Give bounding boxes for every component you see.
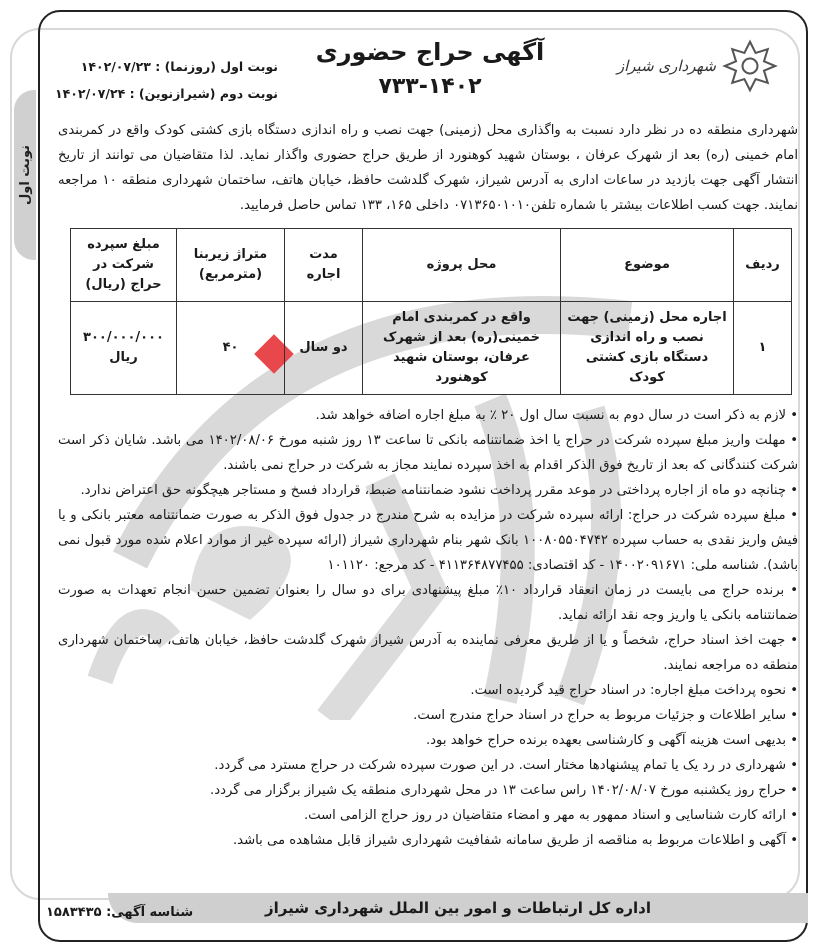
cell-location: واقع در کمربندی امام خمینی(ره) بعد از شه… xyxy=(363,302,561,395)
table-header-row: ردیف موضوع محل پروژه مدت اجاره متراژ زیر… xyxy=(71,229,792,302)
term-item: جهت اخذ اسناد حراج، شخصاً و یا از طریق م… xyxy=(58,628,798,678)
footer-band: اداره کل ارتباطات و امور بین الملل شهردا… xyxy=(108,893,808,923)
publication-dates: نوبت اول (روزنما) : ۱۴۰۲/۰۷/۲۳ نوبت دوم … xyxy=(48,53,278,107)
term-item: بدیهی است هزینه آگهی و کارشناسی بعهده بر… xyxy=(58,728,798,753)
cell-deposit: ۳۰۰/۰۰۰/۰۰۰ ریال xyxy=(71,302,177,395)
term-item: شهرداری در رد یک یا تمام پیشنهادها مختار… xyxy=(58,753,798,778)
organization-name: شهرداری شیراز xyxy=(617,57,716,75)
side-tag-label: نوبت اول xyxy=(18,145,33,205)
notice-body: شهرداری منطقه ده در نظر دارد نسبت به واگ… xyxy=(58,118,798,853)
first-publication: نوبت اول (روزنما) : ۱۴۰۲/۰۷/۲۳ xyxy=(48,53,278,80)
term-item: آگهی و اطلاعات مربوط به مناقصه از طریق س… xyxy=(58,828,798,853)
header: شهرداری شیراز آگهی حراج حضوری ۷۳۳-۱۴۰۲ ن… xyxy=(40,20,808,115)
cell-duration: دو سال xyxy=(285,302,363,395)
department-name: اداره کل ارتباطات و امور بین الملل شهردا… xyxy=(265,899,651,917)
term-item: مبلغ سپرده شرکت در حراج: ارائه سپرده شرک… xyxy=(58,503,798,578)
term-item: نحوه پرداخت مبلغ اجاره: در اسناد حراج قی… xyxy=(58,678,798,703)
col-row: ردیف xyxy=(734,229,792,302)
notice-number: ۷۳۳-۱۴۰۲ xyxy=(300,74,560,99)
col-deposit: مبلغ سپرده شرکت در حراج (ریال) xyxy=(71,229,177,302)
term-item: مهلت واریز مبلغ سپرده شرکت در حراج یا اخ… xyxy=(58,428,798,478)
terms-list: لازم به ذکر است در سال دوم به نسبت سال ا… xyxy=(58,403,798,853)
term-item: حراج روز یکشنبه مورخ ۱۴۰۲/۰۸/۰۷ راس ساعت… xyxy=(58,778,798,803)
col-area: متراژ زیربنا (مترمربع) xyxy=(177,229,285,302)
col-location: محل پروژه xyxy=(363,229,561,302)
term-item: برنده حراج می بایست در زمان انعقاد قرارد… xyxy=(58,578,798,628)
term-item: لازم به ذکر است در سال دوم به نسبت سال ا… xyxy=(58,403,798,428)
col-duration: مدت اجاره xyxy=(285,229,363,302)
second-publication: نوبت دوم (شیرازنوین) : ۱۴۰۲/۰۷/۲۴ xyxy=(48,80,278,107)
side-tag: نوبت اول xyxy=(14,90,36,260)
term-item: سایر اطلاعات و جزئیات مربوط به حراج در ا… xyxy=(58,703,798,728)
cell-area: ۴۰ xyxy=(177,302,285,395)
col-subject: موضوع xyxy=(561,229,734,302)
auction-table: ردیف موضوع محل پروژه مدت اجاره متراژ زیر… xyxy=(70,228,792,395)
table-row: ۱ اجاره محل (زمینی) جهت نصب و راه اندازی… xyxy=(71,302,792,395)
term-item: چنانچه دو ماه از اجاره پرداختی در موعد م… xyxy=(58,478,798,503)
intro-paragraph: شهرداری منطقه ده در نظر دارد نسبت به واگ… xyxy=(58,118,798,218)
notice-id: شناسه آگهی: ۱۵۸۳۴۳۵ xyxy=(46,905,193,920)
municipality-logo: شهرداری شیراز xyxy=(617,38,778,94)
cell-row: ۱ xyxy=(734,302,792,395)
cell-subject: اجاره محل (زمینی) جهت نصب و راه اندازی د… xyxy=(561,302,734,395)
shiraz-flower-icon xyxy=(722,38,778,94)
notice-title: آگهی حراج حضوری xyxy=(300,38,560,66)
term-item: ارائه کارت شناسایی و اسناد ممهور به مهر … xyxy=(58,803,798,828)
